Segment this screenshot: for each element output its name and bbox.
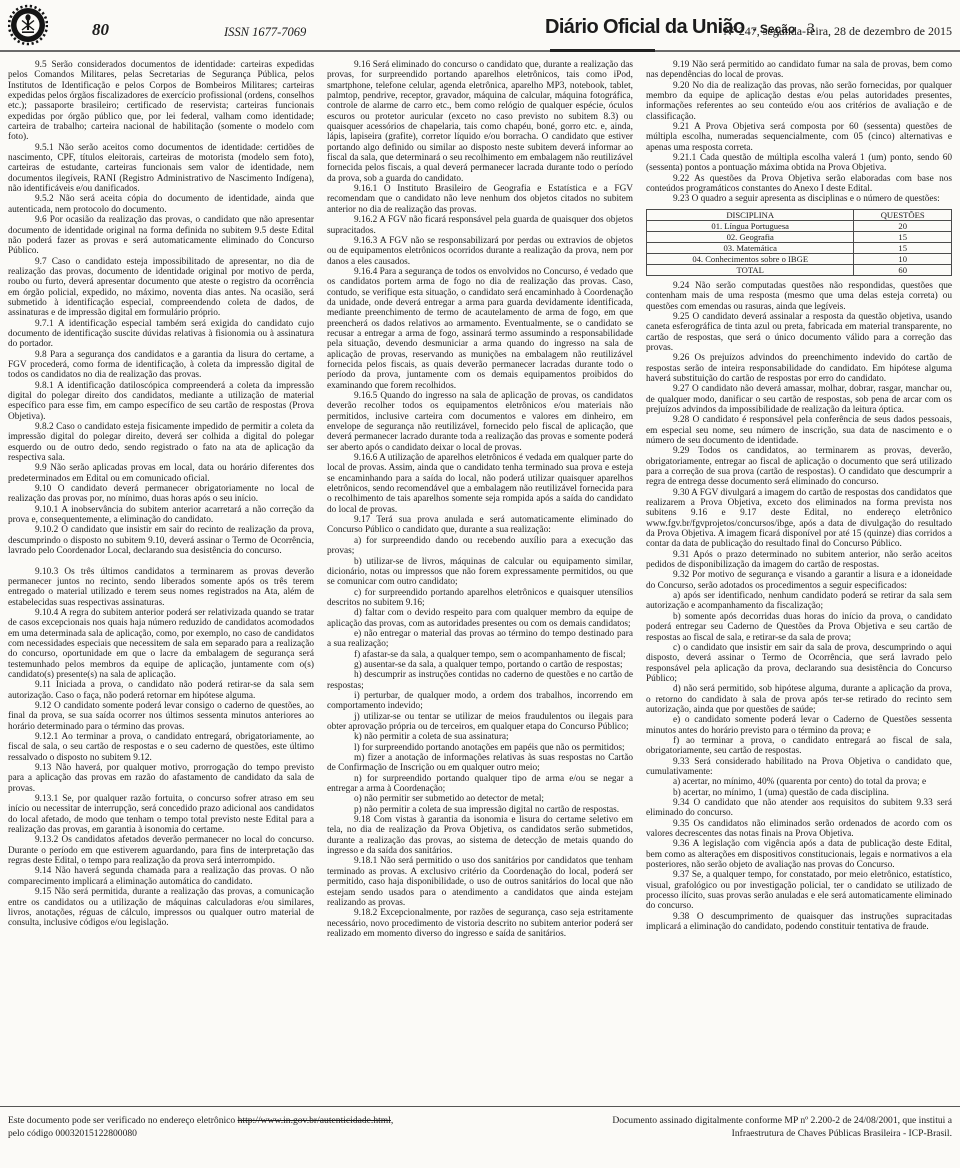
- gazette-page: 80 ISSN 1677-7069 Diário Oficial da Uniã…: [0, 0, 960, 1168]
- paragraph: 9.21 A Prova Objetiva será composta por …: [646, 122, 952, 153]
- footer-signature-line1: Documento assinado digitalmente conforme…: [612, 1114, 952, 1127]
- page-number: 80: [92, 20, 109, 40]
- table-cell: 04. Conhecimentos sobre o IBGE: [647, 253, 854, 264]
- paragraph: 9.30 A FGV divulgará a imagem do cartão …: [646, 488, 952, 550]
- paragraph: 9.20 No dia de realização das provas, nã…: [646, 81, 952, 122]
- paragraph: 9.8.1 A identificação datiloscópica comp…: [8, 381, 314, 422]
- paragraph: a) for surpreendido dando ou recebendo a…: [327, 536, 633, 557]
- paragraph: d) faltar com o devido respeito para com…: [327, 608, 633, 629]
- paragraph: e) o candidato somente poderá levar o Ca…: [646, 715, 952, 736]
- gazette-title: Diário Oficial da União: [545, 16, 745, 38]
- paragraph: 9.18.2 Excepcionalmente, por razões de s…: [327, 908, 633, 939]
- paragraph: 9.10.3 Os três últimos candidatos a term…: [8, 567, 314, 608]
- column-3-top: 9.19 Não será permitido ao candidato fum…: [646, 60, 952, 205]
- table-cell: 02. Geografia: [647, 231, 854, 242]
- paragraph: 9.32 Por motivo de segurança e visando a…: [646, 570, 952, 591]
- column-2: 9.16 Será eliminado do concurso o candid…: [327, 60, 633, 939]
- footer-verification-suffix: ,: [391, 1115, 393, 1126]
- table-row: 02. Geografia15: [647, 231, 952, 242]
- paragraph: g) ausentar-se da sala, a qualquer tempo…: [327, 660, 633, 670]
- disciplines-table: DISCIPLINA QUESTÕES 01. Língua Portugues…: [646, 209, 952, 276]
- paragraph: 9.7.1 A identificação especial também se…: [8, 319, 314, 350]
- paragraph: a) após ser identificado, nenhum candida…: [646, 591, 952, 612]
- edition-date: Nº 247, segunda-feira, 28 de dezembro de…: [723, 24, 952, 39]
- paragraph: 9.16.6 A utilização de aparelhos eletrôn…: [327, 453, 633, 515]
- imprensa-nacional-logo-icon: [8, 3, 48, 54]
- paragraph: 9.29 Todos os candidatos, ao terminarem …: [646, 446, 952, 487]
- paragraph: 9.37 Se, a qualquer tempo, for constatad…: [646, 870, 952, 911]
- paragraph: c) o candidato que insistir em sair da s…: [646, 643, 952, 684]
- paragraph: 9.10.4 A regra do subitem anterior poder…: [8, 608, 314, 680]
- masthead-underline: [550, 49, 655, 52]
- paragraph: a) acertar, no mínimo, 40% (quarenta por…: [646, 777, 952, 787]
- paragraph: f) ao terminar a prova, o candidato entr…: [646, 736, 952, 757]
- table-cell: 15: [854, 242, 952, 253]
- paragraph: p) não permitir a coleta de sua impressã…: [327, 805, 633, 815]
- table-header-row: DISCIPLINA QUESTÕES: [647, 209, 952, 220]
- paragraph: 9.12.1 Ao terminar a prova, o candidato …: [8, 732, 314, 763]
- paragraph: 9.16.2 A FGV não ficará responsável pela…: [327, 215, 633, 236]
- paragraph: 9.28 O candidato é responsável pela conf…: [646, 415, 952, 446]
- issn-label: ISSN 1677-7069: [224, 25, 306, 40]
- paragraph: c) for surpreendido portando aparelhos e…: [327, 588, 633, 609]
- paragraph: 9.13.2 Os candidatos afetados deverão pe…: [8, 835, 314, 866]
- paragraph: 9.26 Os prejuízos advindos do preenchime…: [646, 353, 952, 384]
- paragraph: j) utilizar-se ou tentar se utilizar de …: [327, 712, 633, 733]
- paragraph: 9.10 O candidato deverá permanecer obrig…: [8, 484, 314, 505]
- paragraph: 9.13 Não haverá, por qualquer motivo, pr…: [8, 763, 314, 794]
- paragraph: f) afastar-se da sala, a qualquer tempo,…: [327, 650, 633, 660]
- footer-signature: Documento assinado digitalmente conforme…: [612, 1114, 952, 1140]
- table-row: 01. Língua Portuguesa20: [647, 220, 952, 231]
- paragraph: 9.18 Com vistas à garantia da isonomia e…: [327, 815, 633, 856]
- paragraph: n) for surpreendido portando qualquer ti…: [327, 774, 633, 795]
- paragraph: 9.11 Iniciada a prova, o candidato não p…: [8, 680, 314, 701]
- paragraph: 9.10.1 A inobservância do subitem anteri…: [8, 505, 314, 526]
- paragraph: 9.16.5 Quando do ingresso na sala de apl…: [327, 391, 633, 453]
- paragraph: 9.24 Não serão computadas questões não r…: [646, 281, 952, 312]
- paragraph: e) não entregar o material das provas ao…: [327, 629, 633, 650]
- paragraph: 9.7 Caso o candidato esteja impossibilit…: [8, 257, 314, 319]
- table-cell: 10: [854, 253, 952, 264]
- paragraph: 9.19 Não será permitido ao candidato fum…: [646, 60, 952, 81]
- paragraph: 9.16.4 Para a segurança de todos os envo…: [327, 267, 633, 391]
- paragraph: 9.15 Não será permitida, durante a reali…: [8, 887, 314, 928]
- paragraph: h) descumprir as instruções contidas no …: [327, 670, 633, 691]
- paragraph: 9.8 Para a segurança dos candidatos e a …: [8, 350, 314, 381]
- table-header-questoes: QUESTÕES: [854, 209, 952, 220]
- table-cell: 15: [854, 231, 952, 242]
- footer-verification: Este documento pode ser verificado no en…: [8, 1114, 393, 1140]
- paragraph: 9.14 Não haverá segunda chamada para a r…: [8, 866, 314, 887]
- footer-verification-line1: Este documento pode ser verificado no en…: [8, 1114, 393, 1127]
- paragraph: 9.38 O descumprimento de quaisquer das i…: [646, 912, 952, 933]
- table-row: 03. Matemática15: [647, 242, 952, 253]
- paragraph: 9.5.1 Não serão aceitos como documentos …: [8, 143, 314, 195]
- paragraph: 9.35 Os candidatos não eliminados serão …: [646, 819, 952, 840]
- paragraph-spacer: [8, 557, 314, 567]
- paragraph: 9.31 Após o prazo determinado no subitem…: [646, 550, 952, 571]
- paragraph: d) não será permitido, sob hipótese algu…: [646, 684, 952, 715]
- column-3: 9.19 Não será permitido ao candidato fum…: [646, 60, 952, 939]
- footer-signature-line2: Infraestrutura de Chaves Públicas Brasil…: [612, 1127, 952, 1140]
- paragraph: 9.18.1 Não será permitido o uso dos sani…: [327, 856, 633, 908]
- text-columns: 9.5 Serão considerados documentos de ide…: [8, 60, 952, 939]
- header-rule: [0, 50, 960, 52]
- paragraph: 9.16 Será eliminado do concurso o candid…: [327, 60, 633, 184]
- paragraph: 9.13.1 Se, por qualquer razão fortuita, …: [8, 794, 314, 835]
- table-cell: 20: [854, 220, 952, 231]
- paragraph: 9.5 Serão considerados documentos de ide…: [8, 60, 314, 143]
- paragraph: 9.27 O candidato não deverá amassar, mol…: [646, 384, 952, 415]
- paragraph: 9.36 A legislação com vigência após a da…: [646, 839, 952, 870]
- paragraph: 9.12 O candidato somente poderá levar co…: [8, 701, 314, 732]
- table-row: 04. Conhecimentos sobre o IBGE10: [647, 253, 952, 264]
- paragraph: o) não permitir ser submetido ao detecto…: [327, 794, 633, 804]
- paragraph: l) for surpreendido portando anotações e…: [327, 743, 633, 753]
- paragraph: 9.17 Terá sua prova anulada e será autom…: [327, 515, 633, 536]
- table-cell: TOTAL: [647, 264, 854, 275]
- column-3-bottom: 9.24 Não serão computadas questões não r…: [646, 281, 952, 933]
- paragraph: 9.22 As questões da Prova Objetiva serão…: [646, 174, 952, 195]
- table-header-disciplina: DISCIPLINA: [647, 209, 854, 220]
- table-cell: 60: [854, 264, 952, 275]
- table-cell: 01. Língua Portuguesa: [647, 220, 854, 231]
- footer-verification-code: pelo código 00032015122800080: [8, 1127, 393, 1140]
- paragraph: 9.8.2 Caso o candidato esteja fisicament…: [8, 422, 314, 463]
- disciplines-table-body: 01. Língua Portuguesa2002. Geografia1503…: [647, 220, 952, 275]
- paragraph: 9.16.1 O Instituto Brasileiro de Geograf…: [327, 184, 633, 215]
- table-row: TOTAL60: [647, 264, 952, 275]
- footer-verification-prefix: Este documento pode ser verificado no en…: [8, 1115, 238, 1126]
- verification-url-link[interactable]: http://www.in.gov.br/autenticidade.html: [238, 1115, 391, 1126]
- paragraph: i) perturbar, de qualquer modo, a ordem …: [327, 691, 633, 712]
- table-cell: 03. Matemática: [647, 242, 854, 253]
- paragraph: 9.10.2 O candidato que insistir em sair …: [8, 525, 314, 556]
- page-footer: Este documento pode ser verificado no en…: [0, 1106, 960, 1140]
- paragraph: k) não permitir a coleta de sua assinatu…: [327, 732, 633, 742]
- paragraph: b) acertar, no mínimo, 1 (uma) questão d…: [646, 788, 952, 798]
- paragraph: m) fizer a anotação de informações relat…: [327, 753, 633, 774]
- column-1: 9.5 Serão considerados documentos de ide…: [8, 60, 314, 939]
- paragraph: 9.21.1 Cada questão de múltipla escolha …: [646, 153, 952, 174]
- paragraph: b) somente após decorridas duas horas do…: [646, 612, 952, 643]
- paragraph: 9.23 O quadro a seguir apresenta as disc…: [646, 194, 952, 204]
- paragraph: 9.33 Será considerado habilitado na Prov…: [646, 757, 952, 778]
- paragraph: 9.34 O candidato que não atender aos req…: [646, 798, 952, 819]
- paragraph: 9.25 O candidato deverá assinalar a resp…: [646, 312, 952, 353]
- paragraph: b) utilizar-se de livros, máquinas de ca…: [327, 557, 633, 588]
- page-header: 80 ISSN 1677-7069 Diário Oficial da Uniã…: [0, 0, 960, 52]
- paragraph: 9.16.3 A FGV não se responsabilizará por…: [327, 236, 633, 267]
- paragraph: 9.6 Por ocasião da realização das provas…: [8, 215, 314, 256]
- paragraph: 9.5.2 Não será aceita cópia do documento…: [8, 194, 314, 215]
- paragraph: 9.9 Não serão aplicadas provas em local,…: [8, 463, 314, 484]
